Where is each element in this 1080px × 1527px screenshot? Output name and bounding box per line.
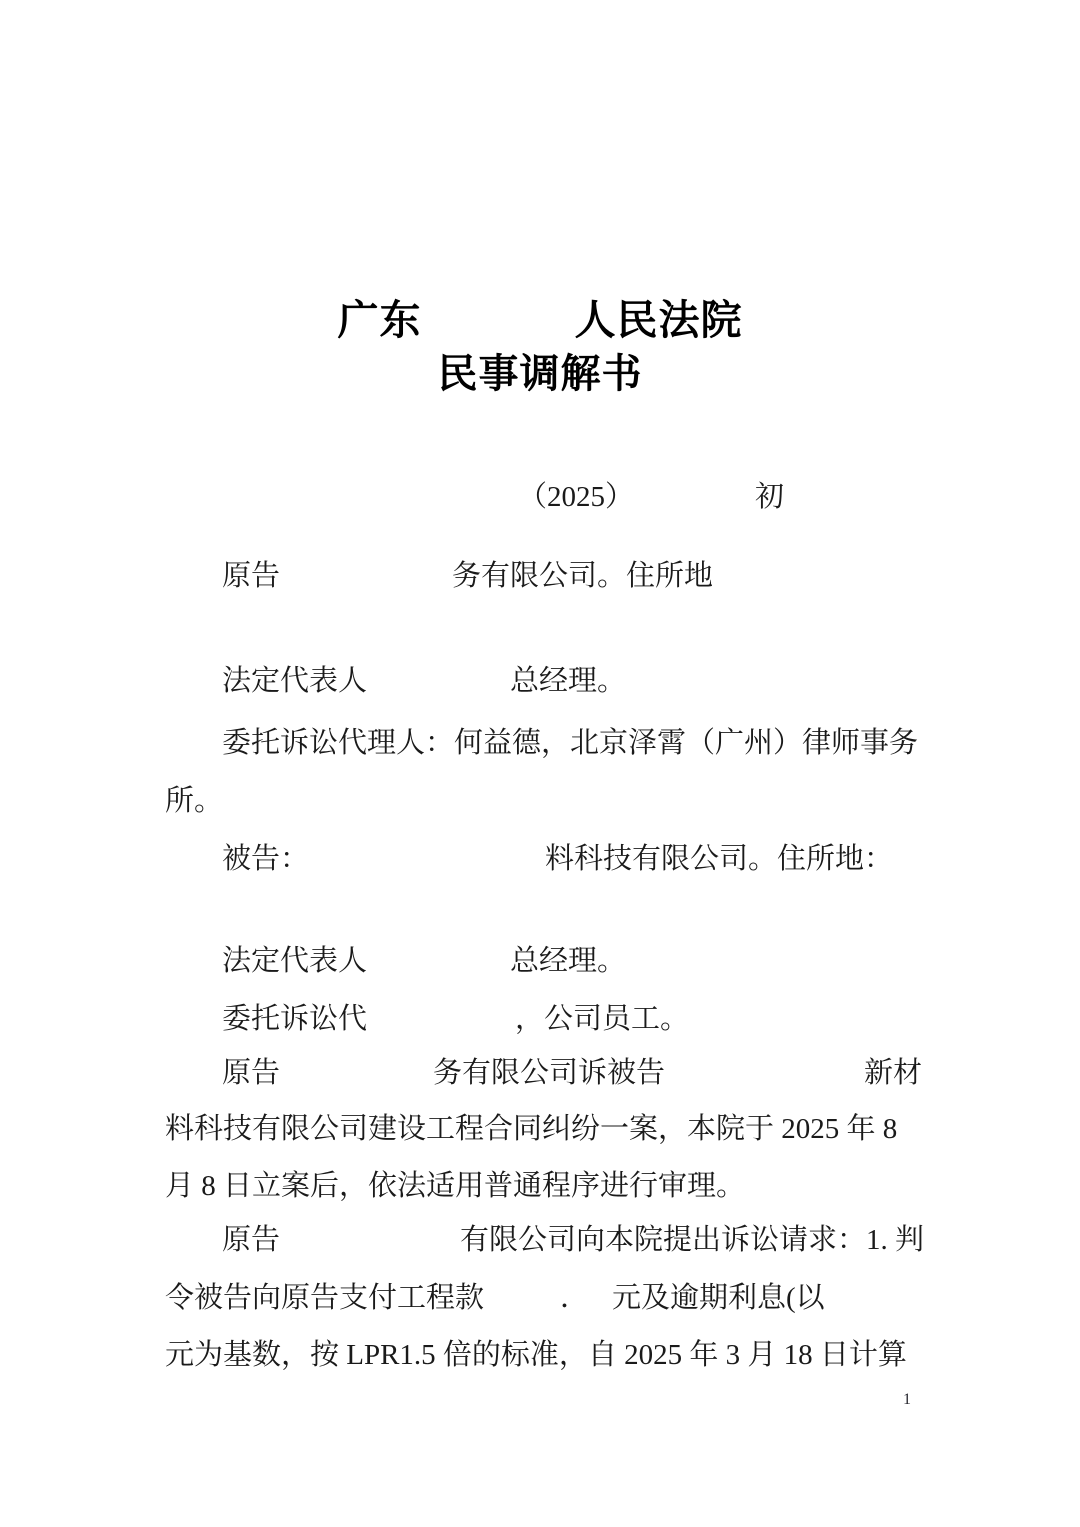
claims-lpr-text: 元为基数，按 LPR1.5 倍的标准，自 2025 年 3 月 18 日计算 (165, 1335, 907, 1375)
document-type-text: 民事调解书 (438, 350, 643, 398)
page-number: 1 (903, 1390, 911, 1410)
line-defendant-agent: 委托诉讼代 ，公司员工。 (165, 999, 945, 1043)
plaintiff-legal-rep-title: 总经理。 (510, 661, 626, 701)
court-name-prefix: 广东 (338, 296, 422, 344)
claims-plaintiff-label: 原告 (222, 1220, 280, 1260)
case-number-line: （2025） 初 (165, 477, 945, 521)
document-page: 广东 人民法院 民事调解书 （2025） 初 原告 务有限公司。住所地 法定代表… (0, 0, 1080, 1527)
plaintiff-attorney-text: 委托诉讼代理人：何益德，北京泽霄（广州）律师事务 (222, 723, 918, 763)
court-name-line: 广东 人民法院 (0, 296, 1080, 344)
case-intro-defendant-frag: 新材 (864, 1053, 922, 1093)
line-case-intro-2: 料科技有限公司建设工程合同纠纷一案，本院于 2025 年 8 (165, 1109, 945, 1153)
defendant-legal-rep-label: 法定代表人 (222, 941, 367, 981)
line-case-intro-3: 月 8 日立案后，依法适用普通程序进行审理。 (165, 1166, 945, 1210)
plaintiff-text: 务有限公司。住所地 (452, 556, 713, 596)
plaintiff-legal-rep-label: 法定代表人 (222, 661, 367, 701)
case-number-type: 初 (755, 477, 784, 517)
court-name-suffix: 人民法院 (575, 296, 743, 344)
defendant-label: 被告： (222, 839, 309, 879)
line-plaintiff-legal-rep: 法定代表人 总经理。 (165, 661, 945, 705)
defendant-legal-rep-title: 总经理。 (510, 941, 626, 981)
defendant-agent-text: ，公司员工。 (515, 999, 689, 1039)
claims-request-text: 有限公司向本院提出诉讼请求：1. 判 (460, 1220, 924, 1260)
line-claims-1: 原告 有限公司向本院提出诉讼请求：1. 判 (165, 1220, 945, 1264)
case-intro-2-text: 料科技有限公司建设工程合同纠纷一案，本院于 2025 年 8 (165, 1109, 897, 1149)
defendant-text: 料科技有限公司。住所地： (545, 839, 893, 879)
line-case-intro-1: 原告 务有限公司诉被告 新材 (165, 1053, 945, 1097)
line-defendant: 被告： 料科技有限公司。住所地： (165, 839, 945, 883)
case-number-year: （2025） (518, 477, 634, 517)
line-plaintiff-attorney-cont: 所。 (165, 781, 945, 825)
case-intro-plaintiff-label: 原告 (222, 1053, 280, 1093)
line-claims-3: 元为基数，按 LPR1.5 倍的标准，自 2025 年 3 月 18 日计算 (165, 1335, 945, 1379)
line-plaintiff: 原告 务有限公司。住所地 (165, 556, 945, 600)
case-intro-3-text: 月 8 日立案后，依法适用普通程序进行审理。 (165, 1166, 745, 1206)
case-intro-vs-text: 务有限公司诉被告 (433, 1053, 665, 1093)
plaintiff-label: 原告 (222, 556, 280, 596)
line-claims-2: 令被告向原告支付工程款 ． 元及逾期利息(以 (165, 1278, 945, 1322)
plaintiff-attorney-cont-text: 所。 (165, 781, 223, 821)
claims-amount-dot: ． (560, 1278, 589, 1318)
defendant-agent-label: 委托诉讼代 (222, 999, 367, 1039)
line-defendant-legal-rep: 法定代表人 总经理。 (165, 941, 945, 985)
document-type-title: 民事调解书 (0, 350, 1080, 398)
line-plaintiff-attorney: 委托诉讼代理人：何益德，北京泽霄（广州）律师事务 (165, 723, 945, 767)
claims-interest-text: 元及逾期利息(以 (612, 1278, 825, 1318)
claims-payment-text: 令被告向原告支付工程款 (165, 1278, 484, 1318)
